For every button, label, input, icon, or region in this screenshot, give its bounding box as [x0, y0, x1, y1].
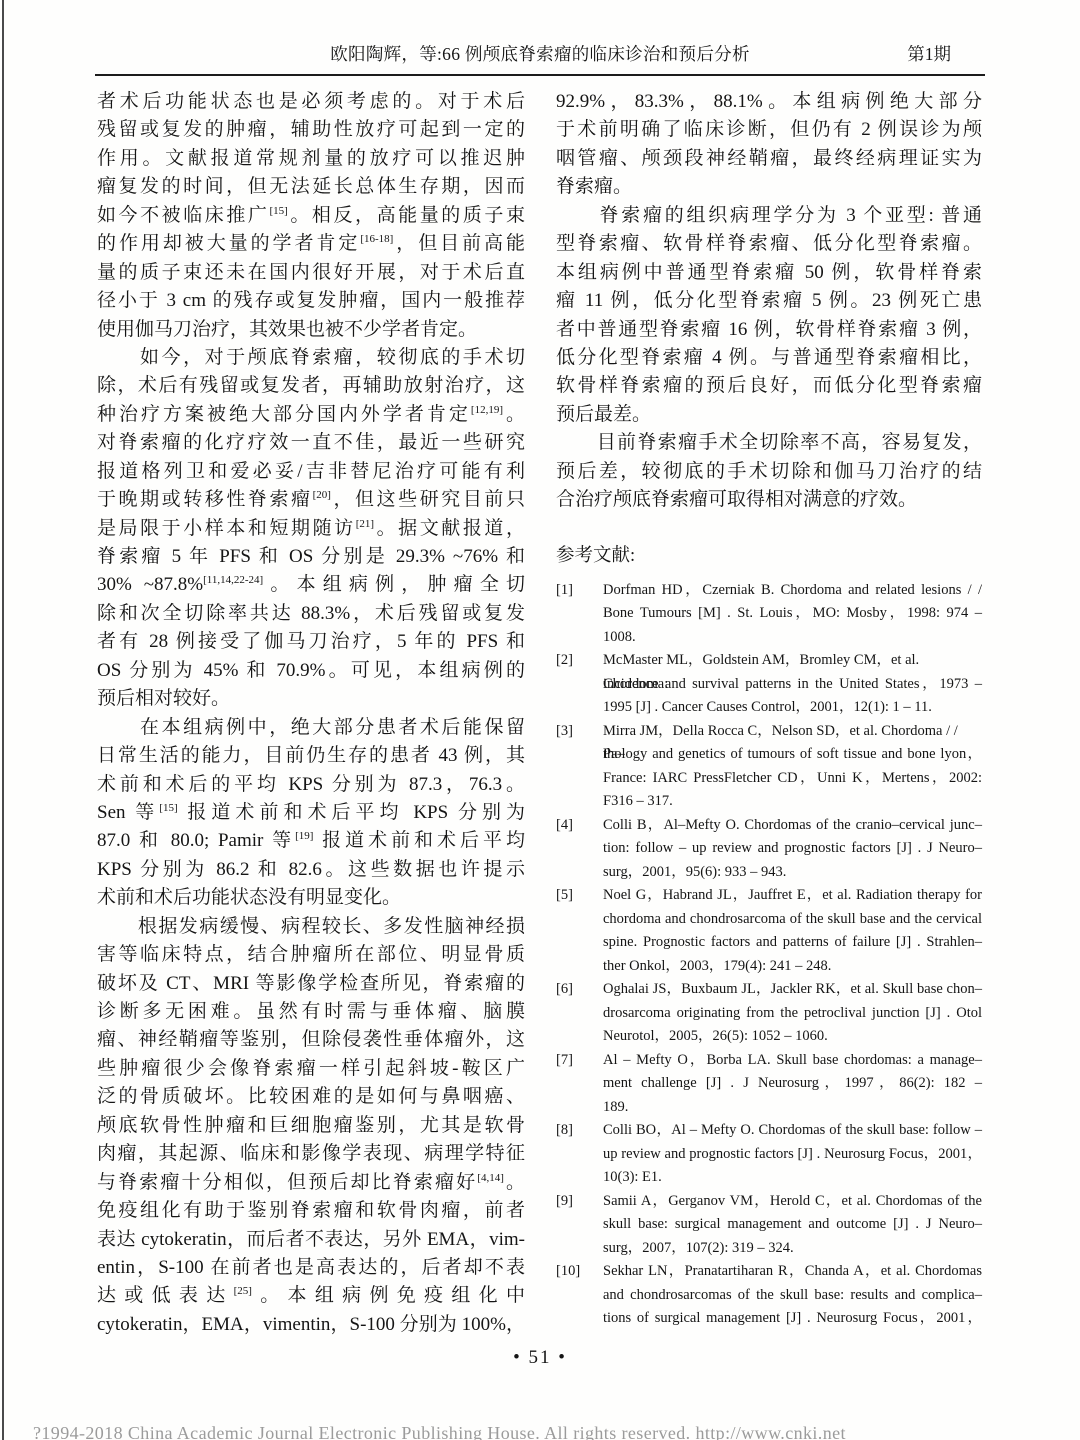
text-line: Sen 等[15] 报道术前和术后平均 KPS 分别为 — [97, 799, 525, 827]
reference-text: Sekhar LN，Pranatartiharan R，Chanda A，et … — [603, 1260, 982, 1331]
text-line: 日常生活的能力，目前仍生存的患者 43 例，其 — [97, 742, 525, 770]
text-line: Neurotol，2005，26(5): 1052 – 1060. — [603, 1025, 982, 1049]
text-line: 于晚期或转移性脊索瘤[20]，但这些研究目前只 — [97, 486, 525, 514]
text-line: 型脊索瘤、软骨样脊索瘤、低分化型脊索瘤。 — [556, 230, 982, 258]
text-line: drosarcoma originating from the petrocli… — [603, 1002, 982, 1026]
text-line: 免疫组化有助于鉴别脊索瘤和软骨肉瘤，前者 — [97, 1197, 525, 1225]
reference-item: [3]Mirra JM，Della Rocca C，Nelson SD，et a… — [556, 720, 982, 814]
reference-item: [5]Noel G，Habrand JL，Jauffret E，et al. R… — [556, 884, 982, 978]
reference-text: Samii A，Gerganov VM，Herold C，et al. Chor… — [603, 1190, 982, 1261]
reference-text: McMaster ML，Goldstein AM，Bromley CM，et a… — [603, 649, 982, 720]
text-line: 害等临床特点，结合肿瘤所在部位、明显骨质 — [97, 941, 525, 969]
scan-edge-line — [2, 0, 4, 1440]
text-line: 术前和术后的平均 KPS 分别为 87.3，76.3。 — [97, 771, 525, 799]
text-line: 的作用却被大量的学者肯定[16-18]，但目前高能 — [97, 230, 525, 258]
reference-text: Mirra JM，Della Rocca C，Nelson SD，et al. … — [603, 720, 982, 814]
text-line: 脊索瘤。 — [556, 173, 982, 201]
reference-text: Colli B，Al–Mefty O. Chordomas of the cra… — [603, 814, 982, 885]
text-line: 87.0 和 80.0; Pamir 等[19] 报道术前和术后平均 — [97, 827, 525, 855]
reference-label: [5] — [556, 884, 603, 978]
citation-superscript: [25] — [234, 1285, 252, 1297]
text-line: 1008. — [603, 626, 982, 650]
reference-item: [4]Colli B，Al–Mefty O. Chordomas of the … — [556, 814, 982, 885]
text-line: Sekhar LN，Pranatartiharan R，Chanda A，et … — [603, 1260, 982, 1284]
text-line: 者有 28 例接受了伽马刀治疗，5 年的 PFS 和 — [97, 628, 525, 656]
text-line: 量的质子束还未在国内很好开展，对于术后直 — [97, 259, 525, 287]
text-line: 瘤、神经鞘瘤等鉴别，但除侵袭性垂体瘤外，这 — [97, 1026, 525, 1054]
reference-label: [10] — [556, 1260, 603, 1331]
text-line: skull base: surgical management and outc… — [603, 1213, 982, 1237]
reference-label: [3] — [556, 720, 603, 814]
text-line: 作用。文献报道常规剂量的放疗可以推迟肿 — [97, 145, 525, 173]
text-line: surg，2007，107(2): 319 – 324. — [603, 1237, 982, 1261]
text-line: 破坏及 CT、MRI 等影像学检查所见，脊索瘤的 — [97, 970, 525, 998]
text-line: up review and prognostic factors [J] . N… — [603, 1143, 982, 1167]
issue-label: 第1期 — [907, 44, 951, 64]
journal-page: 欧阳陶辉，等:66 例颅底脊索瘤的临床诊治和预后分析 第1期 者术后功能状态也是… — [0, 0, 1080, 1440]
text-line: 使用伽马刀治疗，其效果也被不少学者肯定。 — [97, 316, 525, 344]
text-line: 达或低表达[25]。本组病例免疫组化中 — [97, 1282, 525, 1310]
text-line: 脊索瘤的组织病理学分为 3 个亚型: 普通 — [556, 202, 982, 230]
text-line: Bone Tumours [M] . St. Louis，MO: Mosby，1… — [603, 602, 982, 626]
text-line: 些肿瘤很少会像脊索瘤一样引起斜坡-鞍区广 — [97, 1055, 525, 1083]
reference-item: [7]Al – Mefty O，Borba LA. Skull base cho… — [556, 1049, 982, 1120]
reference-text: Colli BO，Al – Mefty O. Chordomas of the … — [603, 1119, 982, 1190]
reference-item: [1]Dorfman HD，Czerniak B. Chordoma and r… — [556, 579, 982, 650]
reference-text: Dorfman HD，Czerniak B. Chordoma and rela… — [603, 579, 982, 650]
text-line: 残留或复发的肿瘤，辅助性放疗可起到一定的 — [97, 116, 525, 144]
right-column-body: 92.9%，83.3%，88.1%。本组病例绝大部分于术前明确了临床诊断，但仍有… — [556, 88, 982, 515]
references-list: [1]Dorfman HD，Czerniak B. Chordoma and r… — [556, 579, 982, 1331]
text-line: 1995 [J] . Cancer Causes Control，2001，12… — [603, 696, 982, 720]
text-line: spine. Prognostic factors and patterns o… — [603, 931, 982, 955]
text-line: OS 分别为 45% 和 70.9%。可见，本组病例的 — [97, 657, 525, 685]
text-line: 189. — [603, 1096, 982, 1120]
text-line: 肉瘤，其起源、临床和影像学表现、病理学特征 — [97, 1140, 525, 1168]
text-line: 目前脊索瘤手术全切除率不高，容易复发， — [556, 429, 982, 457]
left-column: 者术后功能状态也是必须考虑的。对于术后残留或复发的肿瘤，辅助性放疗可起到一定的作… — [97, 88, 525, 1339]
text-line: 颅底软骨性肿瘤和巨细胞瘤鉴别，尤其是软骨 — [97, 1112, 525, 1140]
reference-label: [7] — [556, 1049, 603, 1120]
text-line: 于术前明确了临床诊断，但仍有 2 例误诊为颅 — [556, 116, 982, 144]
text-line: 预后最差。 — [556, 401, 982, 429]
text-line: 者术后功能状态也是必须考虑的。对于术后 — [97, 88, 525, 116]
text-line: 预后相对较好。 — [97, 685, 525, 713]
text-line: Colli B，Al–Mefty O. Chordomas of the cra… — [603, 814, 982, 838]
text-line: ther Onkol，2003，179(4): 241 – 248. — [603, 955, 982, 979]
page-number: • 51 • — [0, 1346, 1080, 1370]
text-line: tions of surgical management [J] . Neuro… — [603, 1307, 982, 1331]
reference-text: Al – Mefty O，Borba LA. Skull base chordo… — [603, 1049, 982, 1120]
text-line: Oghalai JS，Buxbaum JL，Jackler RK，et al. … — [603, 978, 982, 1002]
text-line: 咽管瘤、颅颈段神经鞘瘤，最终经病理证实为 — [556, 145, 982, 173]
text-line: McMaster ML，Goldstein AM，Bromley CM，et a… — [603, 649, 982, 673]
text-line: 10(3): E1. — [603, 1166, 982, 1190]
text-line: 本组病例中普通型脊索瘤 50 例，软骨样脊索 — [556, 259, 982, 287]
text-line: chordoma and chondrosarcoma of the skull… — [603, 908, 982, 932]
reference-text: Noel G，Habrand JL，Jauffret E，et al. Radi… — [603, 884, 982, 978]
text-line: 预后差，较彻底的手术切除和伽马刀治疗的结 — [556, 458, 982, 486]
text-line: incidence and survival patterns in the U… — [603, 673, 982, 697]
reference-item: [10]Sekhar LN，Pranatartiharan R，Chanda A… — [556, 1260, 982, 1331]
text-line: 除和次全切除率共达 88.3%，术后残留或复发 — [97, 600, 525, 628]
citation-superscript: [11,14,22-24] — [203, 574, 263, 586]
text-line: Mirra JM，Della Rocca C，Nelson SD，et al. … — [603, 720, 982, 744]
text-line: entin，S-100 在前者也是高表达的，后者却不表 — [97, 1254, 525, 1282]
citation-superscript: [16-18] — [360, 233, 393, 245]
text-line: 在本组病例中，绝大部分患者术后能保留 — [97, 714, 525, 742]
citation-superscript: [21] — [356, 518, 374, 530]
text-line: 30% ~87.8%[11,14,22-24]。本组病例，肿瘤全切 — [97, 571, 525, 599]
text-line: 如今，对于颅底脊索瘤，较彻底的手术切 — [97, 344, 525, 372]
text-line: 脊索瘤 5 年 PFS 和 OS 分别是 29.3% ~76% 和 — [97, 543, 525, 571]
text-line: Noel G，Habrand JL，Jauffret E，et al. Radi… — [603, 884, 982, 908]
reference-text: Oghalai JS，Buxbaum JL，Jackler RK，et al. … — [603, 978, 982, 1049]
citation-superscript: [20] — [313, 489, 331, 501]
reference-item: [9]Samii A，Gerganov VM，Herold C，et al. C… — [556, 1190, 982, 1261]
text-line: 瘤复发的时间，但无法延长总体生存期，因而 — [97, 173, 525, 201]
reference-label: [4] — [556, 814, 603, 885]
text-line: Al – Mefty O，Borba LA. Skull base chordo… — [603, 1049, 982, 1073]
reference-label: [6] — [556, 978, 603, 1049]
citation-superscript: [15] — [269, 205, 287, 217]
citation-superscript: [15] — [159, 802, 177, 814]
text-line: KPS 分别为 86.2 和 82.6。这些数据也许提示 — [97, 856, 525, 884]
reference-label: [8] — [556, 1119, 603, 1190]
text-line: and chondrosarcomas of the skull base: r… — [603, 1284, 982, 1308]
text-line: F316 – 317. — [603, 790, 982, 814]
text-line: 根据发病缓慢、病程较长、多发性脑神经损 — [97, 913, 525, 941]
reference-label: [2] — [556, 649, 603, 720]
text-line: 诊断多无困难。虽然有时需与垂体瘤、脑膜 — [97, 998, 525, 1026]
reference-label: [9] — [556, 1190, 603, 1261]
reference-item: [6]Oghalai JS，Buxbaum JL，Jackler RK，et a… — [556, 978, 982, 1049]
text-line: 术前和术后功能状态没有明显变化。 — [97, 884, 525, 912]
text-line: Colli BO，Al – Mefty O. Chordomas of the … — [603, 1119, 982, 1143]
header-rule — [95, 74, 985, 76]
text-line: 种治疗方案被绝大部分国内外学者肯定[12,19]。 — [97, 401, 525, 429]
references-heading: 参考文献: — [556, 541, 982, 571]
reference-item: [8]Colli BO，Al – Mefty O. Chordomas of t… — [556, 1119, 982, 1190]
text-line: 软骨样脊索瘤的预后良好，而低分化型脊索瘤 — [556, 372, 982, 400]
text-line: France: IARC PressFletcher CD，Unni K，Mer… — [603, 767, 982, 791]
text-line: ment challenge [J] . J Neurosurg，1997，86… — [603, 1072, 982, 1096]
text-line: cytokeratin，EMA，vimentin，S-100 分别为 100%， — [97, 1311, 525, 1339]
text-line: Dorfman HD，Czerniak B. Chordoma and rela… — [603, 579, 982, 603]
reference-item: [2]McMaster ML，Goldstein AM，Bromley CM，e… — [556, 649, 982, 720]
text-line: 者中普通型脊索瘤 16 例，软骨样脊索瘤 3 例， — [556, 316, 982, 344]
citation-superscript: [12,19] — [471, 404, 503, 416]
right-column: 92.9%，83.3%，88.1%。本组病例绝大部分于术前明确了临床诊断，但仍有… — [556, 88, 982, 1331]
text-line: 92.9%，83.3%，88.1%。本组病例绝大部分 — [556, 88, 982, 116]
text-line: surg，2001，95(6): 933 – 943. — [603, 861, 982, 885]
text-line: 与脊索瘤十分相似，但预后却比脊索瘤好[4,14]。 — [97, 1169, 525, 1197]
text-line: 表达 cytokeratin，而后者不表达，另外 EMA，vim- — [97, 1226, 525, 1254]
text-line: thology and genetics of tumours of soft … — [603, 743, 982, 767]
text-line: 是局限于小样本和短期随访[21]。据文献报道， — [97, 515, 525, 543]
reference-label: [1] — [556, 579, 603, 650]
citation-superscript: [19] — [295, 830, 313, 842]
text-line: tion: follow – up review and prognostic … — [603, 837, 982, 861]
text-line: 瘤 11 例，低分化型脊索瘤 5 例。23 例死亡患 — [556, 287, 982, 315]
text-line: 合治疗颅底脊索瘤可取得相对满意的疗效。 — [556, 486, 982, 514]
text-line: 如今不被临床推广[15]。相反，高能量的质子束 — [97, 202, 525, 230]
text-line: 报道格列卫和爱必妥/吉非替尼治疗可能有利 — [97, 458, 525, 486]
text-line: 除，术后有残留或复发者，再辅助放射治疗，这 — [97, 372, 525, 400]
text-line: 低分化型脊索瘤 4 例。与普通型脊索瘤相比， — [556, 344, 982, 372]
text-line: 对脊索瘤的化疗疗效一直不佳，最近一些研究 — [97, 429, 525, 457]
text-line: 径小于 3 cm 的残存或复发肿瘤，国内一般推荐 — [97, 287, 525, 315]
text-line: Samii A，Gerganov VM，Herold C，et al. Chor… — [603, 1190, 982, 1214]
copyright-line: ?1994-2018 China Academic Journal Electr… — [33, 1420, 846, 1440]
citation-superscript: [4,14] — [477, 1172, 504, 1184]
text-line: 泛的骨质破坏。比较困难的是如何与鼻咽癌、 — [97, 1083, 525, 1111]
